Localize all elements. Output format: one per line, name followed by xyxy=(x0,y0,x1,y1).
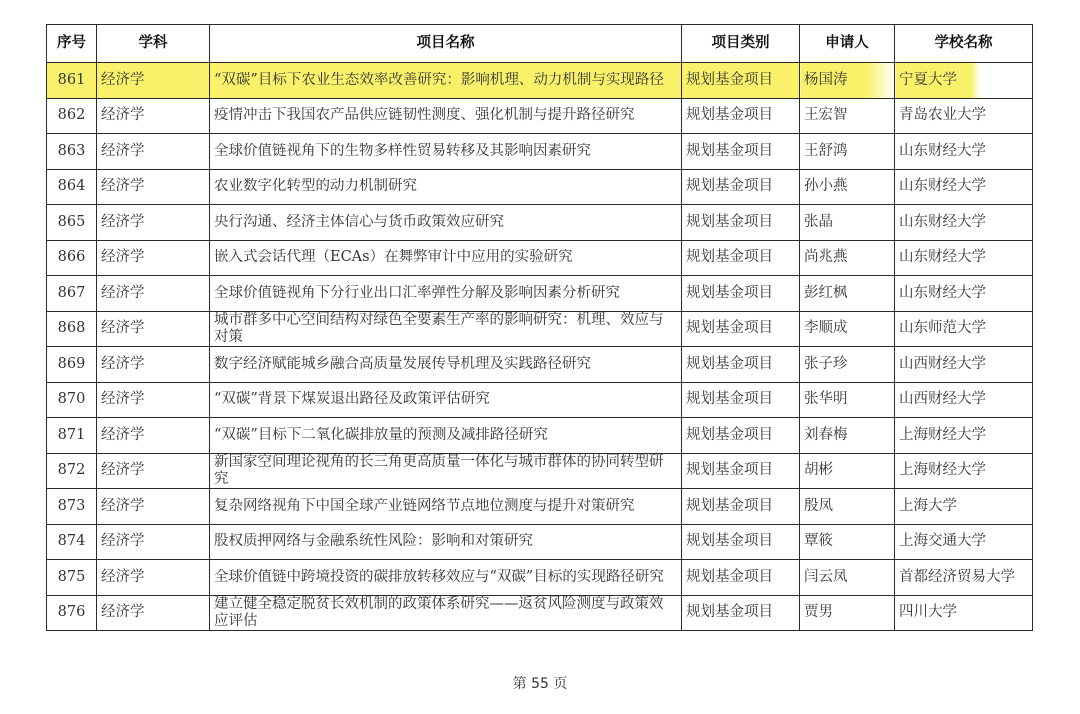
applicant-text: 杨国涛 xyxy=(804,72,848,88)
subject-text: 经济学 xyxy=(101,214,145,230)
applicant-cell: 彭红枫 xyxy=(800,276,895,312)
serial-number-cell: 873 xyxy=(47,489,97,525)
subject-cell: 经济学 xyxy=(97,205,210,241)
page-number: 第 55 页 xyxy=(0,673,1080,693)
subject-text: 经济学 xyxy=(101,569,145,585)
subject-cell: 经济学 xyxy=(97,453,210,489)
school-cell: 上海财经大学 xyxy=(895,453,1033,489)
school-cell: 山东财经大学 xyxy=(895,276,1033,312)
title-text: 央行沟通、经济主体信心与货币政策效应研究 xyxy=(214,214,677,231)
applicant-text: 李顺成 xyxy=(804,320,848,336)
project-title-cell: 疫情冲击下我国农产品供应链韧性测度、强化机制与提升路径研究 xyxy=(210,98,682,134)
serial-number-cell: 861 xyxy=(47,63,97,99)
school-text: 山东财经大学 xyxy=(899,143,986,159)
subject-text: 经济学 xyxy=(101,498,145,514)
subject-cell: 经济学 xyxy=(97,276,210,312)
no-text: 865 xyxy=(58,214,86,230)
category-text: 规划基金项目 xyxy=(686,249,773,265)
no-text: 874 xyxy=(58,533,86,549)
no-text: 875 xyxy=(58,569,86,585)
title-text: “双碳”目标下二氧化碳排放量的预测及减排路径研究 xyxy=(214,427,677,444)
table-row: 861 经济学 “双碳”目标下农业生态效率改善研究：影响机理、动力机制与实现路径… xyxy=(47,63,1033,99)
applicant-text: 张子珍 xyxy=(804,356,848,372)
category-text: 规划基金项目 xyxy=(686,178,773,194)
school-cell: 青岛农业大学 xyxy=(895,98,1033,134)
school-text: 四川大学 xyxy=(899,604,957,620)
category-text: 规划基金项目 xyxy=(686,285,773,301)
subject-cell: 经济学 xyxy=(97,169,210,205)
applicant-text: 彭红枫 xyxy=(804,285,848,301)
serial-number-cell: 862 xyxy=(47,98,97,134)
school-cell: 上海财经大学 xyxy=(895,418,1033,454)
applicant-cell: 张华明 xyxy=(800,382,895,418)
school-cell: 山东财经大学 xyxy=(895,169,1033,205)
project-category-cell: 规划基金项目 xyxy=(682,347,800,383)
table-row: 865 经济学 央行沟通、经济主体信心与货币政策效应研究 规划基金项目 张晶 山… xyxy=(47,205,1033,241)
title-text: 新国家空间理论视角的长三角更高质量一体化与城市群体的协同转型研究 xyxy=(214,454,677,488)
project-title-cell: “双碳”背景下煤炭退出路径及政策评估研究 xyxy=(210,382,682,418)
school-cell: 宁夏大学 xyxy=(895,63,1033,99)
table-row: 867 经济学 全球价值链视角下分行业出口汇率弹性分解及影响因素分析研究 规划基… xyxy=(47,276,1033,312)
header-serial-number: 序号 xyxy=(47,25,97,63)
subject-text: 经济学 xyxy=(101,320,145,336)
header-project-title: 项目名称 xyxy=(210,25,682,63)
table-header-row: 序号 学科 项目名称 项目类别 申请人 学校名称 xyxy=(47,25,1033,63)
subject-cell: 经济学 xyxy=(97,311,210,347)
header-school: 学校名称 xyxy=(895,25,1033,63)
applicant-cell: 李顺成 xyxy=(800,311,895,347)
project-category-cell: 规划基金项目 xyxy=(682,311,800,347)
applicant-cell: 刘春梅 xyxy=(800,418,895,454)
school-text: 上海大学 xyxy=(899,498,957,514)
title-text: 全球价值链中跨境投资的碳排放转移效应与“双碳”目标的实现路径研究 xyxy=(214,569,677,586)
header-subject: 学科 xyxy=(97,25,210,63)
no-text: 876 xyxy=(58,604,86,620)
school-text: 上海交通大学 xyxy=(899,533,986,549)
project-title-cell: 嵌入式会话代理（ECAs）在舞弊审计中应用的实验研究 xyxy=(210,240,682,276)
no-text: 872 xyxy=(58,462,86,478)
table-row: 872 经济学 新国家空间理论视角的长三角更高质量一体化与城市群体的协同转型研究… xyxy=(47,453,1033,489)
title-text: 城市群多中心空间结构对绿色全要素生产率的影响研究：机理、效应与对策 xyxy=(214,312,677,346)
project-title-cell: 复杂网络视角下中国全球产业链网络节点地位测度与提升对策研究 xyxy=(210,489,682,525)
project-category-cell: 规划基金项目 xyxy=(682,453,800,489)
serial-number-cell: 871 xyxy=(47,418,97,454)
category-text: 规划基金项目 xyxy=(686,533,773,549)
project-category-cell: 规划基金项目 xyxy=(682,418,800,454)
title-text: “双碳”目标下农业生态效率改善研究：影响机理、动力机制与实现路径 xyxy=(214,72,677,89)
school-cell: 山东财经大学 xyxy=(895,134,1033,170)
applicant-cell: 王舒鸿 xyxy=(800,134,895,170)
subject-cell: 经济学 xyxy=(97,240,210,276)
applicant-text: 殷凤 xyxy=(804,498,833,514)
category-text: 规划基金项目 xyxy=(686,107,773,123)
subject-cell: 经济学 xyxy=(97,382,210,418)
title-text: 复杂网络视角下中国全球产业链网络节点地位测度与提升对策研究 xyxy=(214,498,677,515)
no-text: 863 xyxy=(58,143,86,159)
no-text: 868 xyxy=(58,320,86,336)
school-cell: 山西财经大学 xyxy=(895,347,1033,383)
serial-number-cell: 872 xyxy=(47,453,97,489)
table-row: 876 经济学 建立健全稳定脱贫长效机制的政策体系研究——返贫风险测度与政策效应… xyxy=(47,595,1033,631)
title-text: 全球价值链视角下的生物多样性贸易转移及其影响因素研究 xyxy=(214,143,677,160)
applicant-text: 贾男 xyxy=(804,604,833,620)
category-text: 规划基金项目 xyxy=(686,143,773,159)
applicant-text: 刘春梅 xyxy=(804,427,848,443)
table-row: 870 经济学 “双碳”背景下煤炭退出路径及政策评估研究 规划基金项目 张华明 … xyxy=(47,382,1033,418)
subject-text: 经济学 xyxy=(101,285,145,301)
subject-cell: 经济学 xyxy=(97,489,210,525)
project-category-cell: 规划基金项目 xyxy=(682,240,800,276)
no-text: 869 xyxy=(58,356,86,372)
applicant-cell: 张子珍 xyxy=(800,347,895,383)
title-text: 嵌入式会话代理（ECAs）在舞弊审计中应用的实验研究 xyxy=(214,249,677,266)
serial-number-cell: 870 xyxy=(47,382,97,418)
subject-cell: 经济学 xyxy=(97,98,210,134)
project-category-cell: 规划基金项目 xyxy=(682,134,800,170)
title-text: 股权质押网络与金融系统性风险：影响和对策研究 xyxy=(214,533,677,550)
serial-number-cell: 864 xyxy=(47,169,97,205)
project-category-cell: 规划基金项目 xyxy=(682,524,800,560)
project-title-cell: “双碳”目标下二氧化碳排放量的预测及减排路径研究 xyxy=(210,418,682,454)
applicant-cell: 闫云凤 xyxy=(800,560,895,596)
category-text: 规划基金项目 xyxy=(686,391,773,407)
applicant-cell: 胡彬 xyxy=(800,453,895,489)
applicant-text: 张晶 xyxy=(804,214,833,230)
subject-text: 经济学 xyxy=(101,533,145,549)
project-title-cell: 农业数字化转型的动力机制研究 xyxy=(210,169,682,205)
no-text: 871 xyxy=(58,427,86,443)
school-text: 山东财经大学 xyxy=(899,285,986,301)
project-category-cell: 规划基金项目 xyxy=(682,98,800,134)
project-title-cell: 全球价值链视角下的生物多样性贸易转移及其影响因素研究 xyxy=(210,134,682,170)
serial-number-cell: 863 xyxy=(47,134,97,170)
table-row: 871 经济学 “双碳”目标下二氧化碳排放量的预测及减排路径研究 规划基金项目 … xyxy=(47,418,1033,454)
project-category-cell: 规划基金项目 xyxy=(682,205,800,241)
table-row: 868 经济学 城市群多中心空间结构对绿色全要素生产率的影响研究：机理、效应与对… xyxy=(47,311,1033,347)
category-text: 规划基金项目 xyxy=(686,427,773,443)
applicant-cell: 尚兆燕 xyxy=(800,240,895,276)
table-row: 869 经济学 数字经济赋能城乡融合高质量发展传导机理及实践路径研究 规划基金项… xyxy=(47,347,1033,383)
applicant-text: 覃筱 xyxy=(804,533,833,549)
table-row: 864 经济学 农业数字化转型的动力机制研究 规划基金项目 孙小燕 山东财经大学 xyxy=(47,169,1033,205)
school-cell: 首都经济贸易大学 xyxy=(895,560,1033,596)
school-text: 山东师范大学 xyxy=(899,320,986,336)
category-text: 规划基金项目 xyxy=(686,214,773,230)
subject-cell: 经济学 xyxy=(97,134,210,170)
no-text: 873 xyxy=(58,498,86,514)
no-text: 861 xyxy=(58,72,86,88)
title-text: 疫情冲击下我国农产品供应链韧性测度、强化机制与提升路径研究 xyxy=(214,107,677,124)
applicant-text: 孙小燕 xyxy=(804,178,848,194)
school-text: 上海财经大学 xyxy=(899,462,986,478)
applicant-cell: 殷凤 xyxy=(800,489,895,525)
applicant-cell: 孙小燕 xyxy=(800,169,895,205)
school-cell: 山东财经大学 xyxy=(895,205,1033,241)
subject-cell: 经济学 xyxy=(97,524,210,560)
subject-text: 经济学 xyxy=(101,143,145,159)
applicant-text: 王舒鸿 xyxy=(804,143,848,159)
subject-text: 经济学 xyxy=(101,249,145,265)
school-text: 首都经济贸易大学 xyxy=(899,569,1015,585)
project-list-table: 序号 学科 项目名称 项目类别 申请人 学校名称 861 经济学 “双碳”目标下… xyxy=(46,24,1033,631)
project-category-cell: 规划基金项目 xyxy=(682,595,800,631)
title-text: “双碳”背景下煤炭退出路径及政策评估研究 xyxy=(214,391,677,408)
subject-cell: 经济学 xyxy=(97,347,210,383)
category-text: 规划基金项目 xyxy=(686,320,773,336)
project-title-cell: 新国家空间理论视角的长三角更高质量一体化与城市群体的协同转型研究 xyxy=(210,453,682,489)
applicant-text: 王宏智 xyxy=(804,107,848,123)
title-text: 全球价值链视角下分行业出口汇率弹性分解及影响因素分析研究 xyxy=(214,285,677,302)
table-row: 863 经济学 全球价值链视角下的生物多样性贸易转移及其影响因素研究 规划基金项… xyxy=(47,134,1033,170)
project-category-cell: 规划基金项目 xyxy=(682,276,800,312)
serial-number-cell: 869 xyxy=(47,347,97,383)
school-text: 山东财经大学 xyxy=(899,214,986,230)
school-text: 山东财经大学 xyxy=(899,249,986,265)
table-row: 874 经济学 股权质押网络与金融系统性风险：影响和对策研究 规划基金项目 覃筱… xyxy=(47,524,1033,560)
school-text: 青岛农业大学 xyxy=(899,107,986,123)
school-cell: 四川大学 xyxy=(895,595,1033,631)
project-title-cell: 全球价值链视角下分行业出口汇率弹性分解及影响因素分析研究 xyxy=(210,276,682,312)
project-title-cell: 央行沟通、经济主体信心与货币政策效应研究 xyxy=(210,205,682,241)
school-cell: 山东师范大学 xyxy=(895,311,1033,347)
subject-text: 经济学 xyxy=(101,72,145,88)
subject-text: 经济学 xyxy=(101,356,145,372)
project-title-cell: 城市群多中心空间结构对绿色全要素生产率的影响研究：机理、效应与对策 xyxy=(210,311,682,347)
category-text: 规划基金项目 xyxy=(686,498,773,514)
serial-number-cell: 875 xyxy=(47,560,97,596)
no-text: 864 xyxy=(58,178,86,194)
subject-text: 经济学 xyxy=(101,107,145,123)
subject-cell: 经济学 xyxy=(97,595,210,631)
no-text: 862 xyxy=(58,107,86,123)
title-text: 农业数字化转型的动力机制研究 xyxy=(214,178,677,195)
applicant-cell: 覃筱 xyxy=(800,524,895,560)
project-category-cell: 规划基金项目 xyxy=(682,560,800,596)
school-text: 山东财经大学 xyxy=(899,178,986,194)
project-title-cell: 建立健全稳定脱贫长效机制的政策体系研究——返贫风险测度与政策效应评估 xyxy=(210,595,682,631)
applicant-text: 胡彬 xyxy=(804,462,833,478)
category-text: 规划基金项目 xyxy=(686,72,773,88)
applicant-cell: 王宏智 xyxy=(800,98,895,134)
serial-number-cell: 876 xyxy=(47,595,97,631)
no-text: 870 xyxy=(58,391,86,407)
category-text: 规划基金项目 xyxy=(686,569,773,585)
school-cell: 上海大学 xyxy=(895,489,1033,525)
school-text: 宁夏大学 xyxy=(899,72,957,88)
project-category-cell: 规划基金项目 xyxy=(682,382,800,418)
subject-cell: 经济学 xyxy=(97,63,210,99)
applicant-text: 张华明 xyxy=(804,391,848,407)
table-row: 875 经济学 全球价值链中跨境投资的碳排放转移效应与“双碳”目标的实现路径研究… xyxy=(47,560,1033,596)
subject-text: 经济学 xyxy=(101,427,145,443)
serial-number-cell: 874 xyxy=(47,524,97,560)
serial-number-cell: 865 xyxy=(47,205,97,241)
serial-number-cell: 867 xyxy=(47,276,97,312)
table-row: 873 经济学 复杂网络视角下中国全球产业链网络节点地位测度与提升对策研究 规划… xyxy=(47,489,1033,525)
category-text: 规划基金项目 xyxy=(686,462,773,478)
project-title-cell: 股权质押网络与金融系统性风险：影响和对策研究 xyxy=(210,524,682,560)
school-cell: 山西财经大学 xyxy=(895,382,1033,418)
applicant-text: 尚兆燕 xyxy=(804,249,848,265)
school-cell: 山东财经大学 xyxy=(895,240,1033,276)
serial-number-cell: 868 xyxy=(47,311,97,347)
header-project-category: 项目类别 xyxy=(682,25,800,63)
school-text: 山西财经大学 xyxy=(899,391,986,407)
subject-text: 经济学 xyxy=(101,462,145,478)
subject-text: 经济学 xyxy=(101,178,145,194)
applicant-cell: 杨国涛 xyxy=(800,63,895,99)
project-category-cell: 规划基金项目 xyxy=(682,169,800,205)
project-title-cell: 全球价值链中跨境投资的碳排放转移效应与“双碳”目标的实现路径研究 xyxy=(210,560,682,596)
applicant-cell: 贾男 xyxy=(800,595,895,631)
school-text: 上海财经大学 xyxy=(899,427,986,443)
school-text: 山西财经大学 xyxy=(899,356,986,372)
project-title-cell: “双碳”目标下农业生态效率改善研究：影响机理、动力机制与实现路径 xyxy=(210,63,682,99)
category-text: 规划基金项目 xyxy=(686,604,773,620)
no-text: 866 xyxy=(58,249,86,265)
project-title-cell: 数字经济赋能城乡融合高质量发展传导机理及实践路径研究 xyxy=(210,347,682,383)
serial-number-cell: 866 xyxy=(47,240,97,276)
title-text: 数字经济赋能城乡融合高质量发展传导机理及实践路径研究 xyxy=(214,356,677,373)
subject-text: 经济学 xyxy=(101,391,145,407)
table-row: 866 经济学 嵌入式会话代理（ECAs）在舞弊审计中应用的实验研究 规划基金项… xyxy=(47,240,1033,276)
no-text: 867 xyxy=(58,285,86,301)
subject-text: 经济学 xyxy=(101,604,145,620)
subject-cell: 经济学 xyxy=(97,418,210,454)
title-text: 建立健全稳定脱贫长效机制的政策体系研究——返贫风险测度与政策效应评估 xyxy=(214,596,677,630)
header-applicant: 申请人 xyxy=(800,25,895,63)
table-row: 862 经济学 疫情冲击下我国农产品供应链韧性测度、强化机制与提升路径研究 规划… xyxy=(47,98,1033,134)
school-cell: 上海交通大学 xyxy=(895,524,1033,560)
project-category-cell: 规划基金项目 xyxy=(682,63,800,99)
applicant-cell: 张晶 xyxy=(800,205,895,241)
project-category-cell: 规划基金项目 xyxy=(682,489,800,525)
category-text: 规划基金项目 xyxy=(686,356,773,372)
subject-cell: 经济学 xyxy=(97,560,210,596)
applicant-text: 闫云凤 xyxy=(804,569,848,585)
